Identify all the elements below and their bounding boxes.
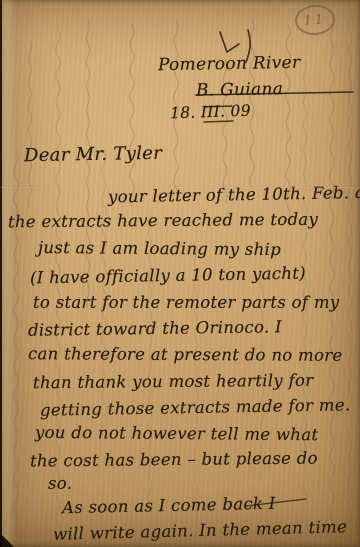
letter-body-line: district toward the Orinoco. I <box>28 317 282 340</box>
letter-body-line: you do not however tell me what <box>35 423 318 444</box>
letter-body-line: the cost has been – but please do <box>30 448 318 470</box>
letter-body-line: can therefore at present do no more <box>28 344 343 365</box>
photo-corner-shadow <box>0 533 14 547</box>
letter-place-line2: B. Guiana <box>196 79 284 101</box>
letter-body-line: just as I am loading my ship <box>38 238 281 259</box>
letter-date: 18. III. 09 <box>170 102 251 123</box>
letter-body-line: getting those extracts made for me. <box>40 395 351 419</box>
letter-place-line1: Pomeroon River <box>158 53 301 75</box>
letter-body-line: As soon as I come back I <box>62 494 276 517</box>
page-number-circle: 11 <box>294 4 336 37</box>
letter-body-line: than thank you most heartily for <box>33 371 314 392</box>
letter-body-line: to start for the remoter parts of my <box>33 293 339 312</box>
letter-body-line: will write again. In the mean time <box>53 517 347 544</box>
letter-body-line: your letter of the 10th. Feb. and <box>108 183 360 207</box>
letter-photograph: 11 Pomeroon River B. Guiana 18. III. 09 … <box>0 0 360 547</box>
page-number: 11 <box>303 12 327 29</box>
letter-body-line: so. <box>48 474 72 493</box>
letter-salutation: Dear Mr. Tyler <box>24 143 162 166</box>
letter-body-line: (I have officially a 10 ton yacht) <box>30 264 306 288</box>
letter-body-line: the extracts have reached me today <box>8 210 318 232</box>
